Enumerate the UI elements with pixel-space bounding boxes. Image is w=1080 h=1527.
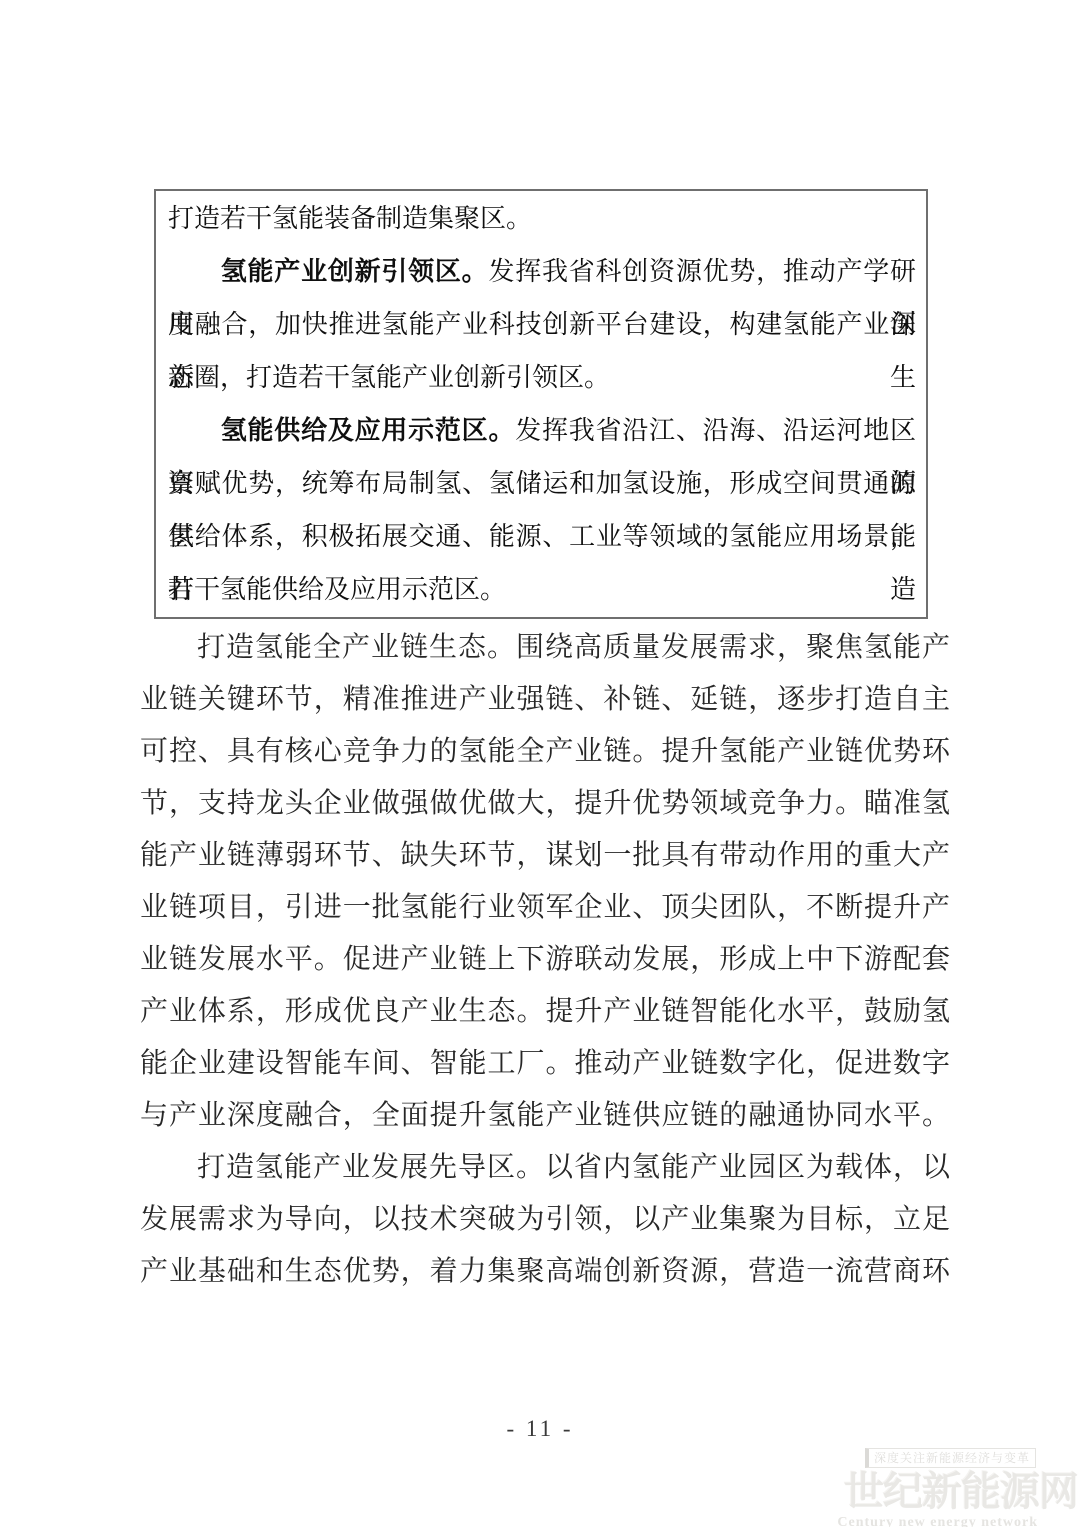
text-line: 能企业建设智能车间、智能工厂。推动产业链数字化，促进数字 [140,1038,950,1090]
text-line: 供给体系，积极拓展交通、能源、工业等领域的氢能应用场景，打造 [168,510,916,563]
text-line: 能产业链薄弱环节、缺失环节，谋划一批具有带动作用的重大产 [140,830,950,882]
text-segment: 产业基础和生态优势，着力集聚高端创新资源，营造一流营商环 [140,1256,950,1287]
text-line: 业链项目，引进一批氢能行业领军企业、顶尖团队，不断提升产 [140,882,950,934]
text-segment: 业链项目，引进一批氢能行业领军企业、顶尖团队，不断提升产 [140,892,950,923]
text-segment: 能企业建设智能车间、智能工厂。推动产业链数字化，促进数字 [140,1048,950,1079]
text-line: 打造氢能全产业链生态。围绕高质量发展需求，聚焦氢能产 [140,622,950,674]
text-line: 产业基础和生态优势，着力集聚高端创新资源，营造一流营商环 [140,1246,950,1298]
text-segment: 打造氢能产业发展先导区。以省内氢能产业园区为载体，以 [196,1152,950,1183]
watermark: 深度关注新能源经济与变革 世纪新能源网 Century new energy n… [837,1448,1078,1527]
text-segment: 若干氢能供给及应用示范区。 [168,574,506,604]
watermark-tagline: 深度关注新能源经济与变革 [865,1448,1036,1468]
text-line: 打造若干氢能装备制造集聚区。 [168,192,916,245]
text-line: 发展需求为导向，以技术突破为引领，以产业集聚为目标，立足 [140,1194,950,1246]
text-line: 氢能供给及应用示范区。发挥我省沿江、沿海、沿运河地区资源 [168,404,916,457]
text-line: 度融合，加快推进氢能产业科技创新平台建设，构建氢能产业创新生 [168,298,916,351]
text-line: 氢能产业创新引领区。发挥我省科创资源优势，推动产学研用深 [168,245,916,298]
text-segment: 打造若干氢能装备制造集聚区。 [168,203,532,233]
watermark-subtitle: Century new energy network [837,1515,1038,1527]
text-segment: 能产业链薄弱环节、缺失环节，谋划一批具有带动作用的重大产 [140,840,950,871]
lead-phrase: 氢能供给及应用示范区。 [220,415,515,445]
text-line: 业链关键环节，精准推进产业强链、补链、延链，逐步打造自主 [140,674,950,726]
text-line: 产业体系，形成优良产业生态。提升产业链智能化水平，鼓励氢 [140,986,950,1038]
text-line: 打造氢能产业发展先导区。以省内氢能产业园区为载体，以 [140,1142,950,1194]
highlight-box: 打造若干氢能装备制造集聚区。氢能产业创新引领区。发挥我省科创资源优势，推动产学研… [154,189,928,619]
document-page: 打造若干氢能装备制造集聚区。氢能产业创新引领区。发挥我省科创资源优势，推动产学研… [0,0,1080,1527]
text-segment: 产业体系，形成优良产业生态。提升产业链智能化水平，鼓励氢 [140,996,950,1027]
watermark-title: 世纪新能源网 [844,1469,1078,1515]
text-segment: 打造氢能全产业链生态。围绕高质量发展需求，聚焦氢能产 [196,632,950,663]
text-line: 业链发展水平。促进产业链上下游联动发展，形成上中下游配套 [140,934,950,986]
text-segment: 发展需求为导向，以技术突破为引领，以产业集聚为目标，立足 [140,1204,950,1235]
text-segment: 态圈，打造若干氢能产业创新引领区。 [168,362,610,392]
text-segment: 业链关键环节，精准推进产业强链、补链、延链，逐步打造自主 [140,684,950,715]
lead-phrase: 氢能产业创新引领区。 [220,256,488,286]
text-segment: 业链发展水平。促进产业链上下游联动发展，形成上中下游配套 [140,944,950,975]
text-segment: 节，支持龙头企业做强做优做大，提升优势领域竞争力。瞄准氢 [140,788,950,819]
text-segment: 与产业深度融合，全面提升氢能产业链供应链的融通协同水平。 [140,1100,950,1131]
text-line: 可控、具有核心竞争力的氢能全产业链。提升氢能产业链优势环 [140,726,950,778]
text-segment: 可控、具有核心竞争力的氢能全产业链。提升氢能产业链优势环 [140,736,950,767]
text-line: 禀赋优势，统筹布局制氢、氢储运和加氢设施，形成空间贯通的氢能 [168,457,916,510]
body-paragraphs: 打造氢能全产业链生态。围绕高质量发展需求，聚焦氢能产业链关键环节，精准推进产业强… [140,622,950,1298]
page-number: - 11 - [0,1416,1080,1442]
text-line: 节，支持龙头企业做强做优做大，提升优势领域竞争力。瞄准氢 [140,778,950,830]
text-line: 与产业深度融合，全面提升氢能产业链供应链的融通协同水平。 [140,1090,950,1142]
